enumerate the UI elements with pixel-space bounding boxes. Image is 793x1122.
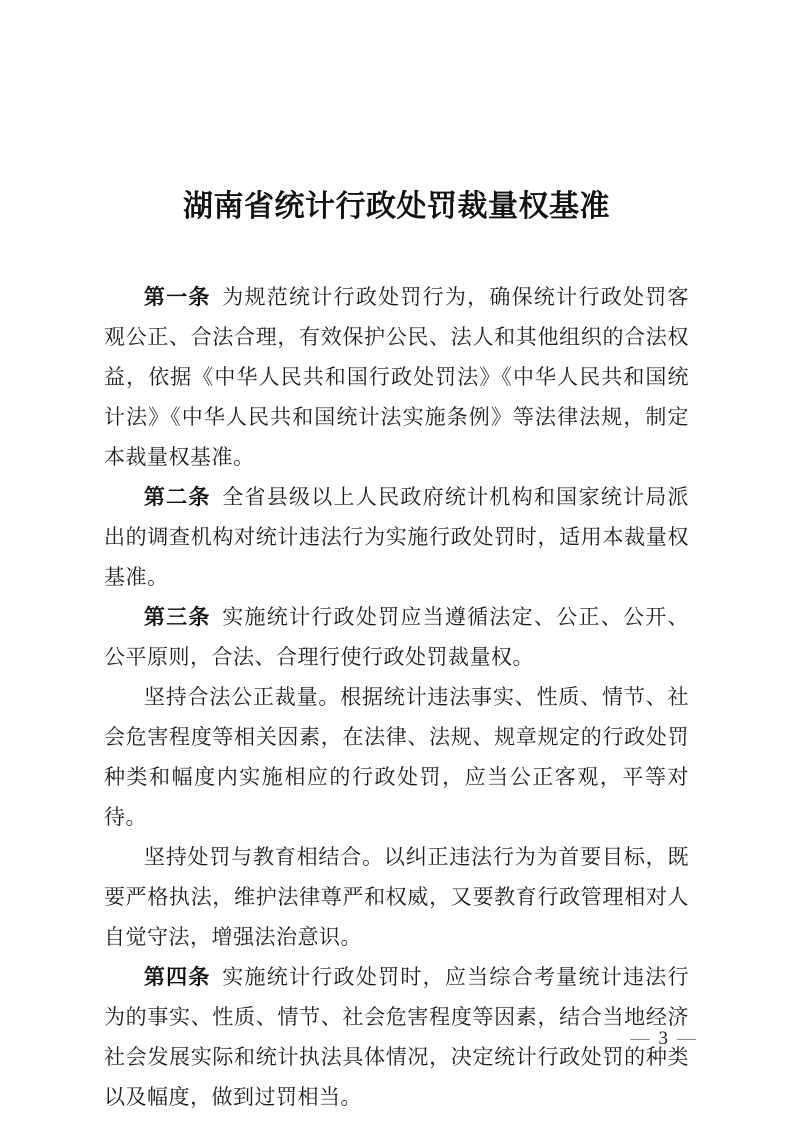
paragraph-text: 坚持合法公正裁量。根据统计违法事实、性质、情节、社会危害程度等相关因素，在法律、… — [104, 685, 689, 829]
paragraph: 第一条为规范统计行政处罚行为，确保统计行政处罚客观公正、合法合理，有效保护公民、… — [104, 277, 689, 477]
page-number: 3 — [659, 1028, 669, 1050]
paragraph-text: 为规范统计行政处罚行为，确保统计行政处罚客观公正、合法合理，有效保护公民、法人和… — [104, 285, 689, 469]
footer-dash-right: — — [677, 1028, 696, 1050]
article-number: 第三条 — [144, 605, 211, 629]
article-number: 第二条 — [144, 485, 211, 509]
document-title: 湖南省统计行政处罚裁量权基准 — [104, 188, 689, 226]
paragraph: 坚持处罚与教育相结合。以纠正违法行为为首要目标，既要严格执法，维护法律尊严和权威… — [104, 837, 689, 957]
paragraph: 坚持合法公正裁量。根据统计违法事实、性质、情节、社会危害程度等相关因素，在法律、… — [104, 677, 689, 837]
page-footer: — 3 — — [631, 1028, 697, 1050]
article-number: 第一条 — [144, 285, 211, 309]
document-body: 第一条为规范统计行政处罚行为，确保统计行政处罚客观公正、合法合理，有效保护公民、… — [104, 277, 689, 1117]
paragraph: 第三条实施统计行政处罚应当遵循法定、公正、公开、公平原则，合法、合理行使行政处罚… — [104, 597, 689, 677]
article-number: 第四条 — [144, 965, 211, 989]
document-page: 湖南省统计行政处罚裁量权基准 第一条为规范统计行政处罚行为，确保统计行政处罚客观… — [0, 0, 793, 1122]
footer-dash-left: — — [631, 1028, 650, 1050]
paragraph-text: 坚持处罚与教育相结合。以纠正违法行为为首要目标，既要严格执法，维护法律尊严和权威… — [104, 845, 689, 949]
paragraph: 第二条全省县级以上人民政府统计机构和国家统计局派出的调查机构对统计违法行为实施行… — [104, 477, 689, 597]
paragraph: 第四条实施统计行政处罚时，应当综合考量统计违法行为的事实、性质、情节、社会危害程… — [104, 957, 689, 1117]
